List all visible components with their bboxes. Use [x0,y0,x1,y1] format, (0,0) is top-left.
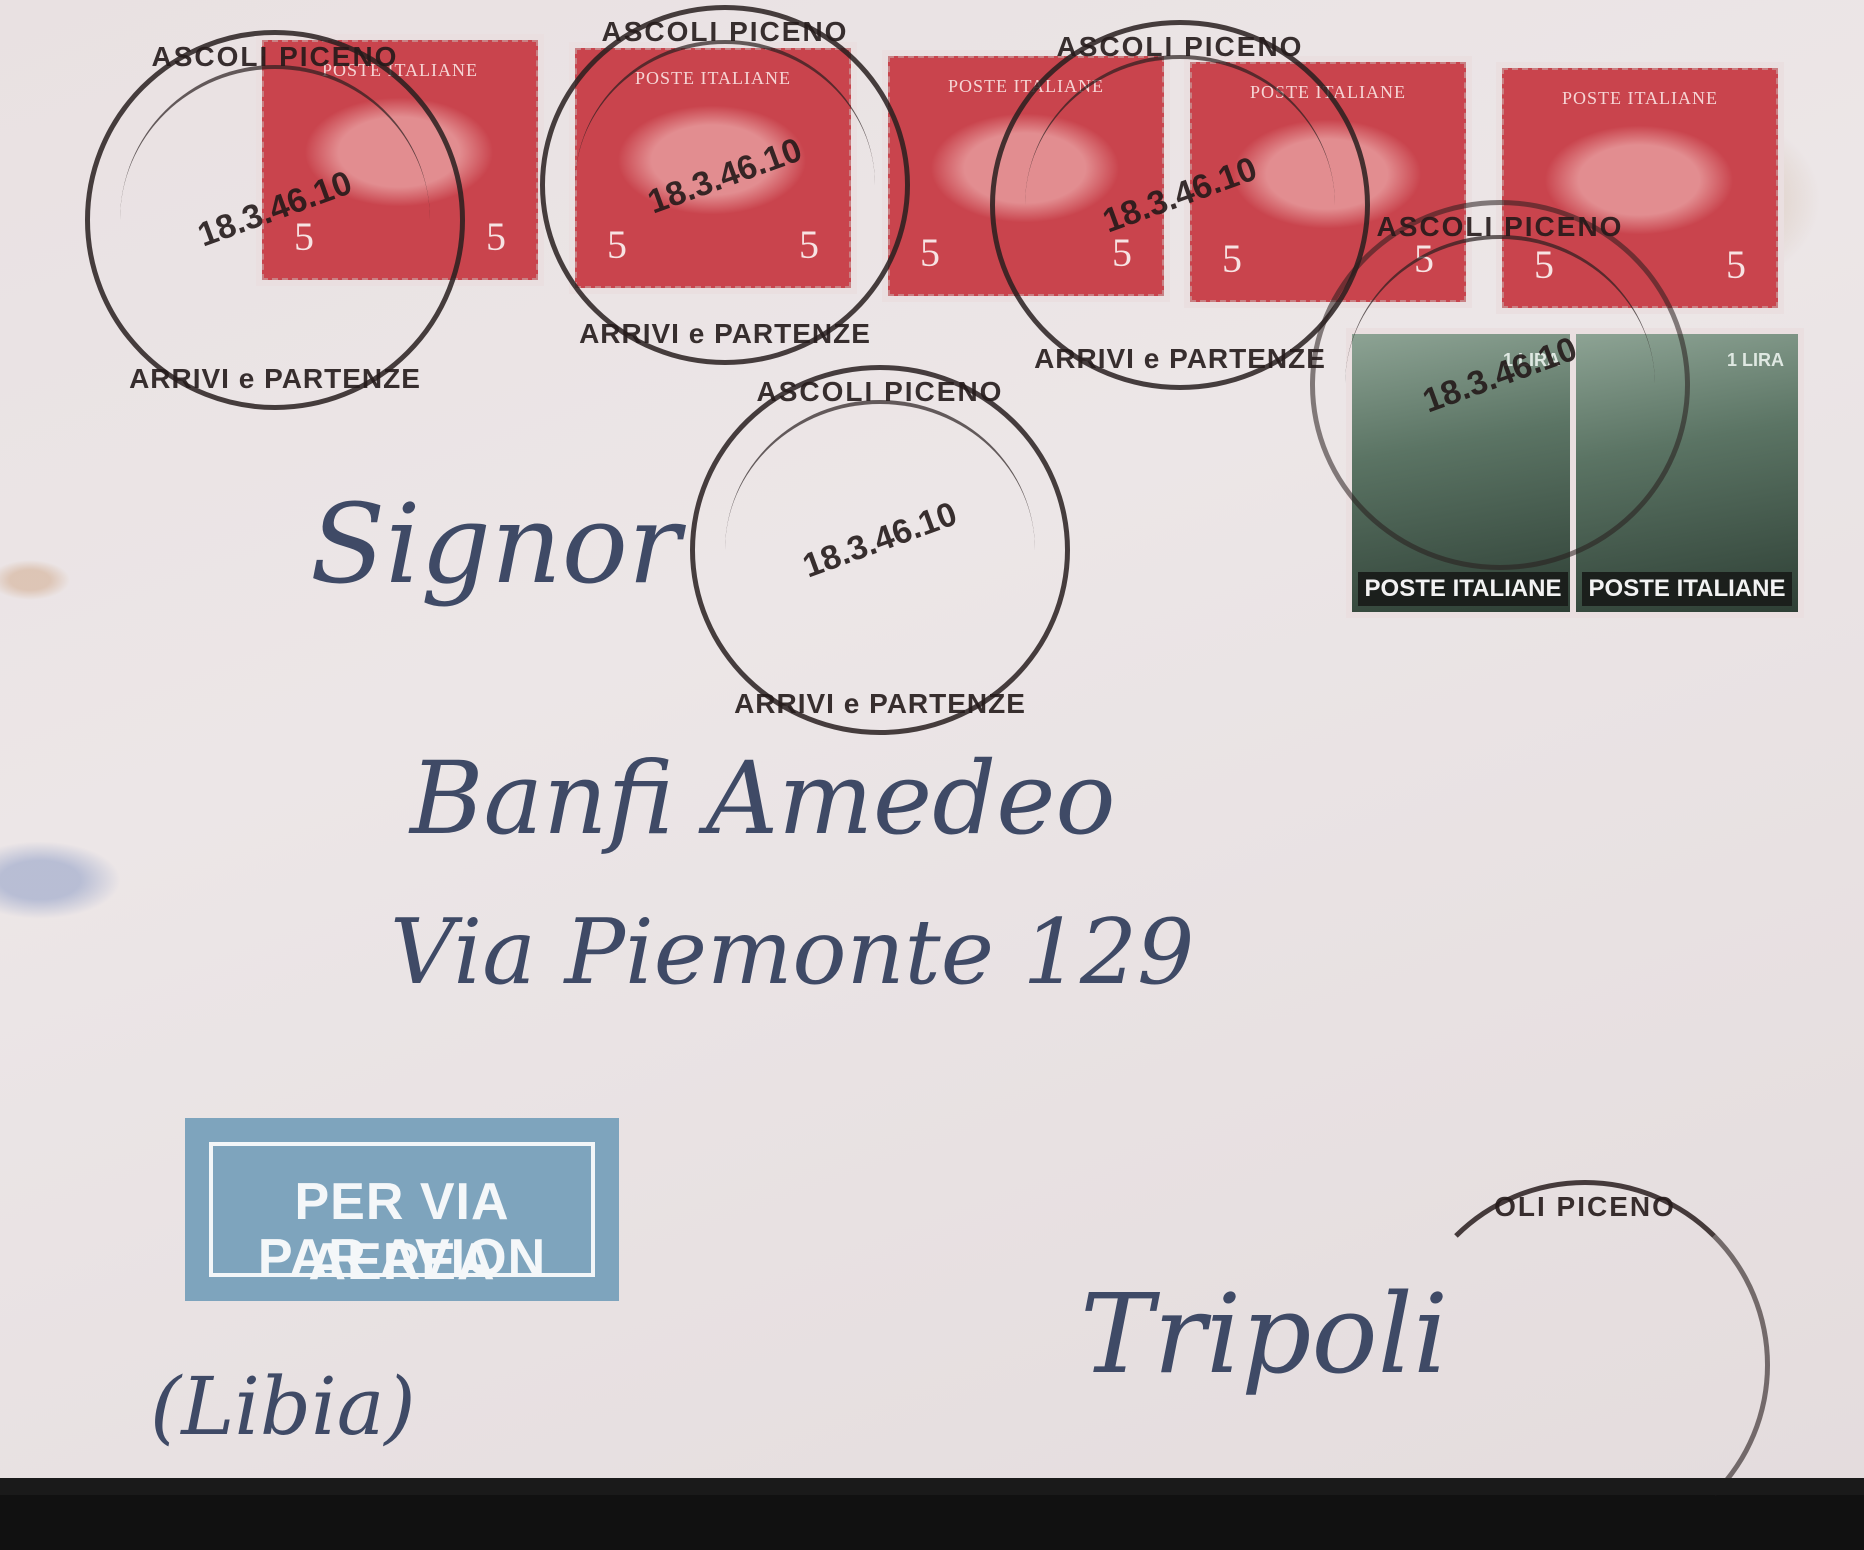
postmark: ASCOLI PICENO 18.3.46.10 ARRIVI e PARTEN… [690,365,1070,735]
address-salutation: Signor [310,480,681,608]
partial-postmark: OLI PICENO [1400,1180,1770,1495]
address-country: (Libia) [150,1360,416,1453]
stamp-footer: POSTE ITALIANE [1582,572,1792,606]
address-city: Tripoli [1080,1270,1448,1398]
stamp-header: POSTE ITALIANE [1504,88,1776,109]
address-name: Banfi Amedeo [410,740,1116,857]
stamp-value: 5 [920,229,940,276]
postmark: ASCOLI PICENO 18.3.46.10 ARRIVI e PARTEN… [85,30,465,410]
postmark: ASCOLI PICENO 18.3.46.10 ARRIVI e PARTEN… [540,5,910,365]
postmark: ASCOLI PICENO 18.3.46.10 [1310,200,1690,570]
stamp-value: 5 [1726,241,1746,288]
stamp-value: 1 LIRA [1727,350,1784,371]
postmark: ASCOLI PICENO 18.3.46.10 ARRIVI e PARTEN… [990,20,1370,390]
stamp-value: 5 [486,213,506,260]
stamp-footer: POSTE ITALIANE [1358,572,1568,606]
address-street: Via Piemonte 129 [390,900,1194,1005]
airmail-line2: PAR AVION [213,1228,591,1288]
scan-edge [0,1478,1864,1495]
airmail-label: PER VIA AEREA PAR AVION [185,1118,619,1301]
envelope: POSTE ITALIANE 5 5 POSTE ITALIANE 5 5 PO… [0,0,1864,1495]
